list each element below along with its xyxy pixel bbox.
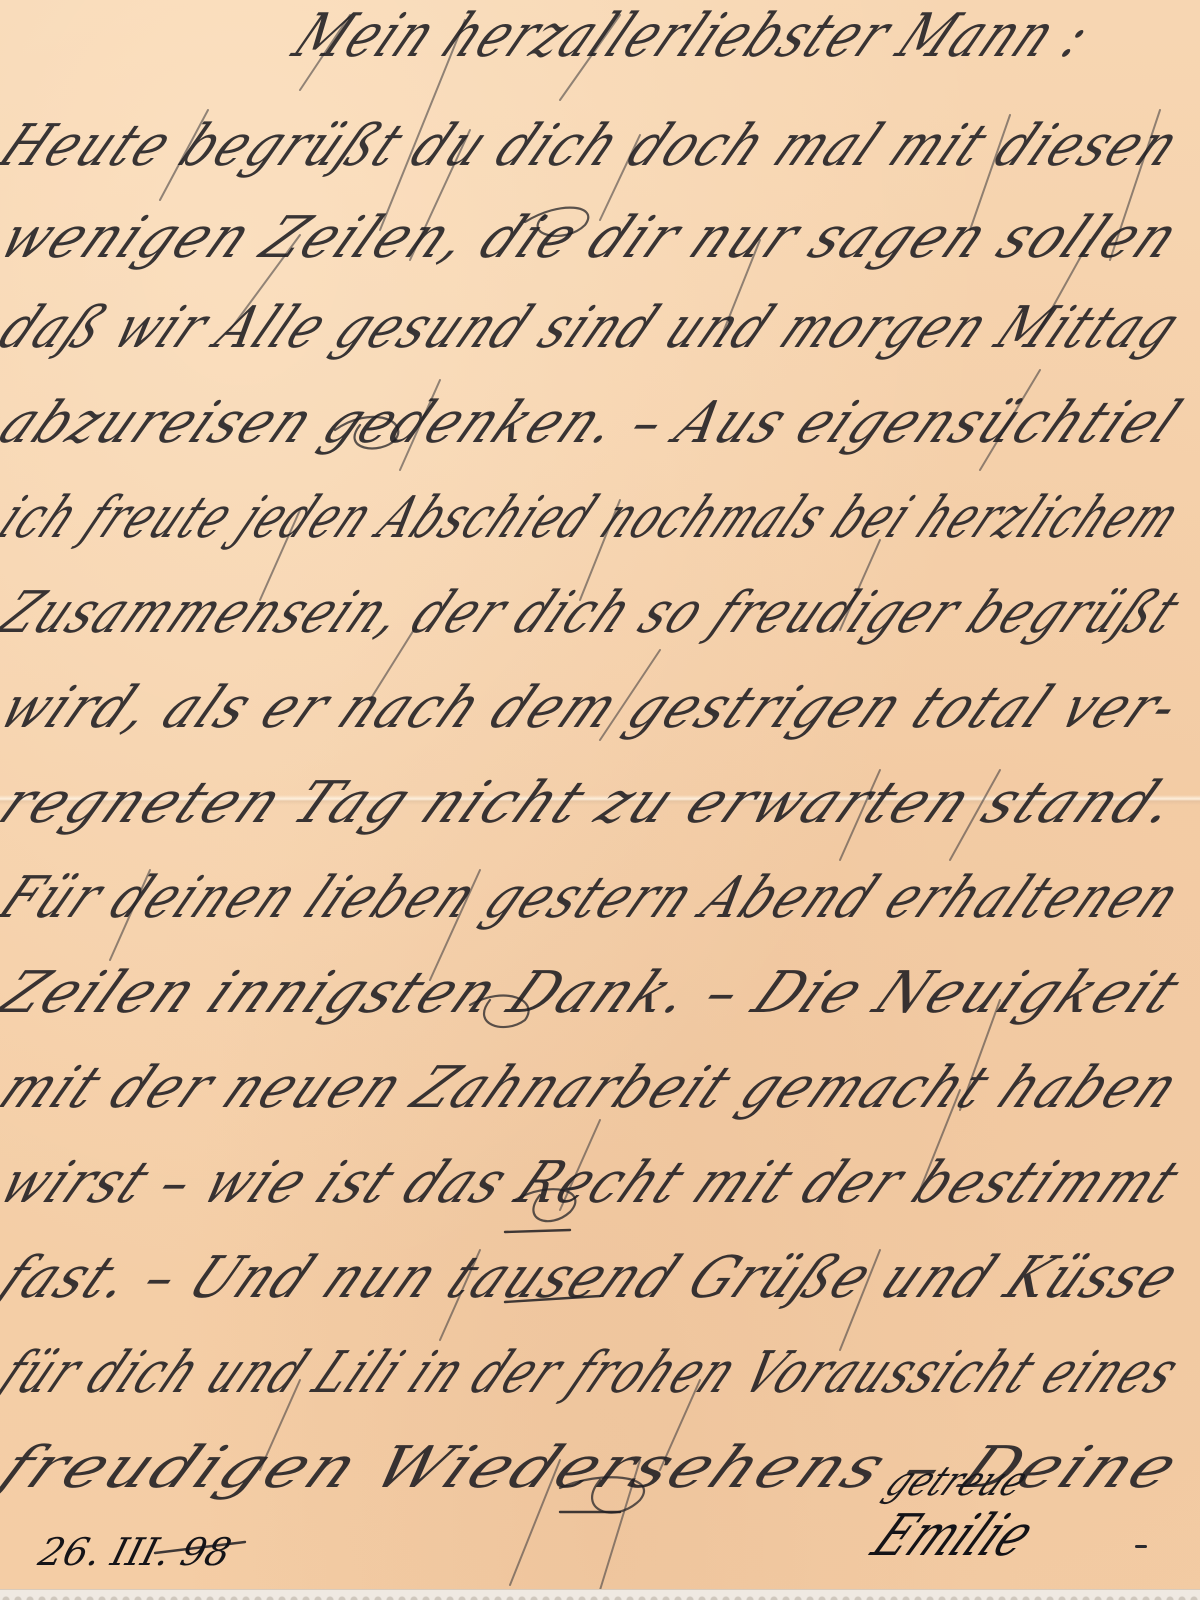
letter-line-8: regneten Tag nicht zu erwarten stand. <box>0 768 1193 836</box>
letter-line-7: wird, als er nach dem gestrigen total ve… <box>0 673 1194 741</box>
letter-signature: Emilie <box>861 1501 1049 1569</box>
letter-line-5: ich freute jeden Abschied nochmals bei h… <box>0 483 1194 551</box>
letter-date: 26. III. 98 <box>34 1530 236 1574</box>
letter-closing-word: getreue <box>876 1458 1038 1506</box>
letter-line-1: Heute begrüßt du dich doch mal mit diese… <box>0 111 1194 179</box>
letter-line-2: wenigen Zeilen, die dir nur sagen sollen <box>0 203 1193 271</box>
letter-salutation: Mein herzallerliebster Mann : <box>281 1 1105 71</box>
letter-page: Mein herzallerliebster Mann : Heute begr… <box>0 0 1200 1600</box>
signature-dash <box>1135 1545 1147 1548</box>
letter-line-11: mit der neuen Zahnarbeit gemacht haben <box>0 1053 1193 1121</box>
letter-line-14: für dich und Lili in der frohen Voraussi… <box>0 1338 1193 1406</box>
letter-line-12: wirst – wie ist das Recht mit der bestim… <box>0 1148 1194 1216</box>
letter-line-4: abzureisen gedenken. – Aus eigensüchtiel <box>0 388 1194 456</box>
letter-line-9: Für deinen lieben gestern Abend erhalten… <box>0 863 1194 931</box>
letter-line-6: Zusammensein, der dich so freudiger begr… <box>0 578 1194 646</box>
letter-line-13: fast. – Und nun tausend Grüße und Küsse <box>0 1243 1194 1311</box>
letter-line-10: Zeilen innigsten Dank. – Die Neuigkeit <box>0 958 1194 1026</box>
letter-line-3: daß wir Alle gesund sind und morgen Mitt… <box>0 293 1194 361</box>
perforated-edge <box>0 1589 1200 1600</box>
